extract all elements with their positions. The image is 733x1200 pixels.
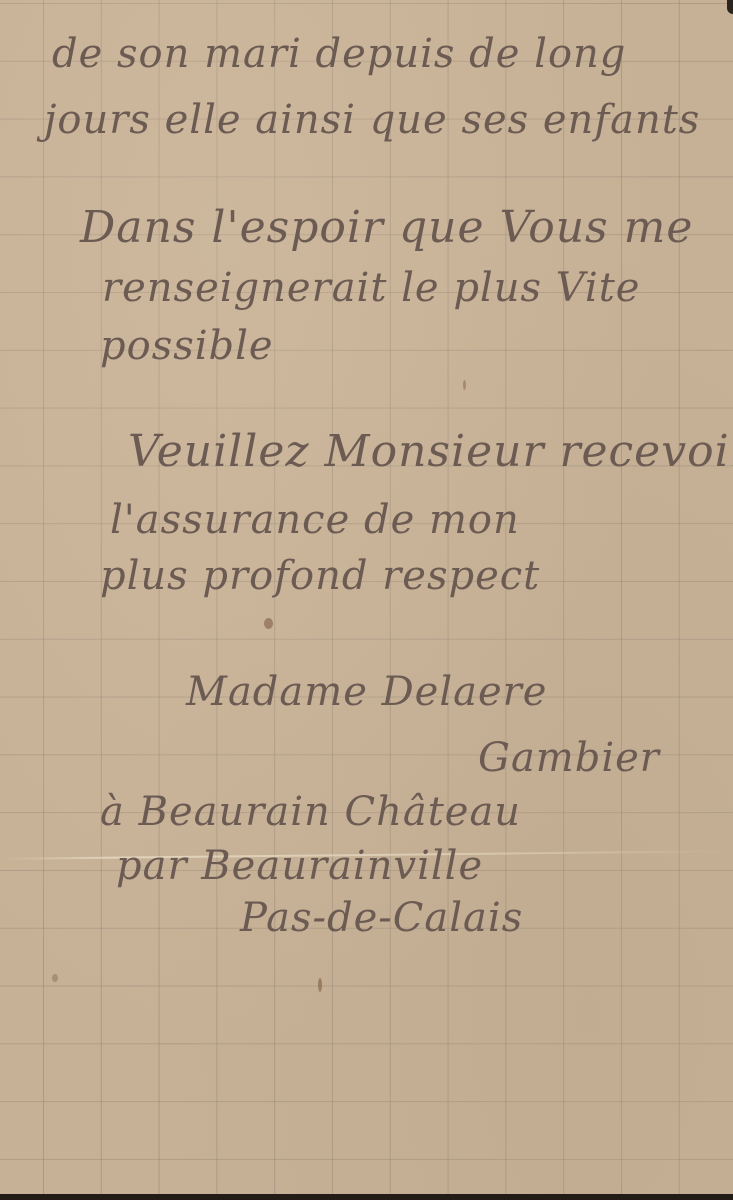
closing-line: Veuillez Monsieur recevoir	[128, 430, 733, 474]
signature-address: par Beaurainville	[116, 846, 483, 886]
signature-name: Gambier	[478, 738, 660, 778]
body-line: Dans l'espoir que Vous me	[80, 206, 693, 250]
signature-address: Pas-de-Calais	[240, 898, 523, 938]
closing-line: l'assurance de mon	[110, 500, 520, 540]
ink-stain	[52, 974, 58, 982]
signature-name: Madame Delaere	[186, 672, 547, 712]
closing-line: plus profond respect	[100, 556, 540, 596]
ink-stain	[463, 380, 466, 390]
body-line: jours elle ainsi que ses enfants	[44, 100, 700, 140]
body-line: de son mari depuis de long	[52, 34, 626, 74]
body-line: possible	[100, 326, 274, 366]
page-bottom-edge	[0, 1194, 733, 1200]
letter-page: de son mari depuis de long jours elle ai…	[0, 0, 733, 1194]
page-corner-shadow	[727, 0, 733, 14]
ink-stain	[318, 978, 322, 992]
ink-stain	[264, 618, 273, 629]
body-line: renseignerait le plus Vite	[102, 268, 640, 308]
signature-address: à Beaurain Château	[100, 792, 521, 832]
